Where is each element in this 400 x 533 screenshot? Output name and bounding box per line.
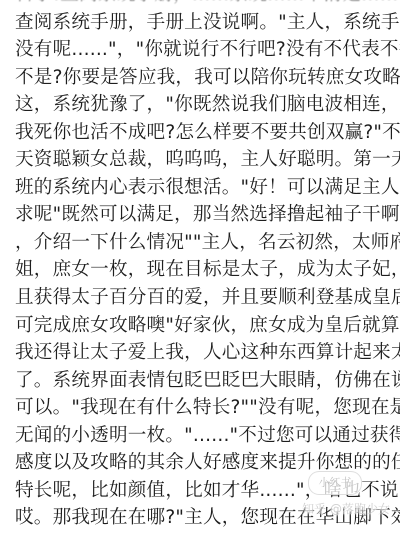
article-body: 科学!查阅系统手册，……系统……不清楚…… 查阅系统手册，手册上没说啊。"主人，…: [15, 0, 390, 532]
text-line: 求呢"既然可以满足，那当然选择撸起袖子干啊，"好: [15, 201, 390, 229]
text-line: ，介绍一下什么情况""主人，名云初然，太师府二小: [15, 229, 390, 257]
text-line: 我死你也活不成吧?怎么样要不要共创双赢?"不愧是: [15, 119, 390, 147]
text-line: 了。系统界面表情包眨巴眨巴大眼睛，仿佛在说你: [15, 367, 390, 395]
text-line: 可完成庶女攻略噢"好家伙，庶女成为皇后就算了，: [15, 312, 390, 340]
text-line: 姐，庶女一枚，现在目标是太子，成为太子妃，并: [15, 256, 390, 284]
text-line: 不是?你要是答应我，我可以陪你玩转庶女攻略！"啊: [15, 64, 390, 92]
text-line: 这，系统犹豫了，"你既然说我们脑电波相连，只怕: [15, 91, 390, 119]
text-line: 可以。"我现在有什么特长?""没有呢，您现在是默默: [15, 394, 390, 422]
text-line: 班的系统内心表示很想活。"好！可以满足主人的要: [15, 174, 390, 202]
text-line: 查阅系统手册，手册上没说啊。"主人，系统手册上: [15, 9, 390, 37]
text-line: 感度以及攻略的其余人好感度来提升你想的的任何: [15, 449, 390, 477]
text-line: 哎。那我现在在哪?"主人，您现在在华山脚下郊区: [15, 504, 390, 532]
text-line: 没有呢......"，"你就说行不行吧?没有不代表不行啊是: [15, 36, 390, 64]
text-line: 且获得太子百分百的爱，并且要顺利登基成皇后方: [15, 284, 390, 312]
text-line: 天资聪颖女总裁，呜呜呜，主人好聪明。第一天上: [15, 146, 390, 174]
text-line: 特长呢，比如颜值，比如才华......"，啥也不说了，: [15, 477, 390, 505]
text-line: 我还得让太子爱上我，人心这种东西算计起来太难: [15, 339, 390, 367]
text-line: 无闻的小透明一枚。"......"不过您可以通过获得太子好: [15, 422, 390, 450]
text-line-cut-off: 科学!查阅系统手册，……系统……不清楚……: [15, 0, 390, 9]
